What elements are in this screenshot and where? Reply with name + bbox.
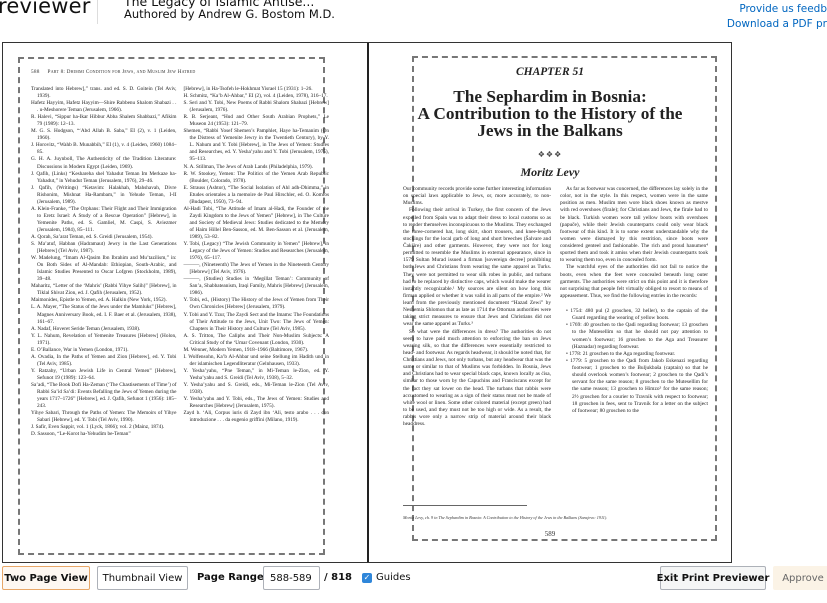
chapter-body: Our community records provide some furth… xyxy=(403,186,708,428)
chapter-title-line: Jews in the Balkans xyxy=(369,122,731,139)
bibliography-entry: W. Madelung, “Imam Al-Qasim Ibn Ibrahim … xyxy=(31,255,177,283)
bibliography-entry: Hafetz Hayyim, Hafetz Hayyim—Shire Rabbe… xyxy=(31,100,177,114)
body-paragraph: As far as footwear was concerned, the di… xyxy=(560,186,708,264)
ornament: ❖❖❖ xyxy=(369,150,731,159)
bibliography-entry: Y. Yesha’yahu and Y. Tobi, eds., The Jew… xyxy=(184,396,330,410)
bibliography-entry: ———, (Studies) Studies in ‘Megillat Tema… xyxy=(184,276,330,297)
bibliography-entry: Y. Ratzaby, “Urban Jewish Life in Centra… xyxy=(31,368,177,382)
bibliography-entry: S. Seri and Y. Tobi, New Poems of Rabbi … xyxy=(184,100,330,114)
bibliography-entry: E. O’Ballance, War in Yemen (London, 197… xyxy=(31,347,177,354)
header-divider xyxy=(97,0,98,24)
page-range-label: Page Range: xyxy=(197,572,268,583)
app-title: reviewer xyxy=(0,0,91,18)
bibliography-entry: [Hebrew], in Ha-Tsofeh le-Hokhmat Yisrae… xyxy=(184,86,330,93)
footnote-rule xyxy=(403,505,527,506)
bibliography-entry: J. Horovitz, “Wahb B. Munabbih,” EI (1),… xyxy=(31,142,177,156)
body-column-2: As far as footwear was concerned, the di… xyxy=(560,186,708,428)
approve-button[interactable]: Approve xyxy=(773,566,827,590)
source-note: Moritz Levy, ch. 9 in The Sephardim in B… xyxy=(403,515,607,520)
feedback-link[interactable]: Provide us feedb xyxy=(727,2,827,17)
bibliography-entry: R. B. Serjeant, “Hud and Other South Ara… xyxy=(184,114,330,128)
guides-label[interactable]: Guides xyxy=(376,572,411,583)
book-author: Authored by Andrew G. Bostom M.D. xyxy=(124,7,335,21)
page-number: 588 xyxy=(31,69,40,75)
bibliography-column-2: [Hebrew], in Ha-Tsofeh le-Hokhmat Yisrae… xyxy=(184,86,330,438)
bibliography-entry: A. S. Tritton, The Caliphs and Their Non… xyxy=(184,333,330,347)
bibliography-entry: Zayd b. ‘Ali, Corpus iuris di Zayd ibn ‘… xyxy=(184,410,330,424)
bibliography-entry: S. Ma’atuf, Habban (Hadramaut) Jewry in … xyxy=(31,241,177,255)
bibliography-entry: Translated into Hebrew],” trans. and ed.… xyxy=(31,86,177,100)
bibliography-entry: Sa’adi, “The Book Dofi Ha-Zeman (‘The Ch… xyxy=(31,382,177,410)
bibliography-entry: A. Nadaf, Hoveret Seride Teman (Jerusale… xyxy=(31,326,177,333)
record-entry: 1754: 480 pul (2 groschen, 32 heller), t… xyxy=(566,308,708,322)
bibliography-entry: Maharitz, “Letter of the ‘Mahris’ (Rabbi… xyxy=(31,283,177,297)
running-head: 588Part 8: Dhimmi Condition for Jews, an… xyxy=(31,69,196,75)
bottom-toolbar: Two Page View Thumbnail View Page Range:… xyxy=(0,566,827,592)
left-page: 588Part 8: Dhimmi Condition for Jews, an… xyxy=(3,43,367,562)
chapter-label: CHAPTER 51 xyxy=(369,66,731,78)
bibliography-entry: Y. Tobi, (Legacy) “The Jewish Community … xyxy=(184,241,330,262)
bibliography-entry: ———, (Nineteenth) The Jews of Yemen in t… xyxy=(184,262,330,276)
bibliography-entry: Yihye Sabari, Through the Paths of Yemen… xyxy=(31,410,177,424)
chapter-title-line: The Sephardim in Bosnia: xyxy=(369,88,731,105)
bibliography-entry: Y. L. Nahum, Revelation of Yemenite Trea… xyxy=(31,333,177,347)
header-links: Provide us feedb Download a PDF pr xyxy=(727,2,827,32)
chapter-title: The Sephardim in Bosnia: A Contribution … xyxy=(369,88,731,139)
body-paragraph: Following their arrival in Turkey, the f… xyxy=(403,207,551,328)
bibliography-entry: D. Sassoon, “Le-Korot ha-Yehudim be-Tema… xyxy=(31,431,177,438)
guides-checkbox[interactable]: ✓ xyxy=(362,573,372,583)
bibliography-column-1: Translated into Hebrew],” trans. and ed.… xyxy=(31,86,177,438)
page-range-input[interactable] xyxy=(263,566,320,590)
bibliography-entry: G. H. A. Juynboll, The Authenticity of t… xyxy=(31,156,177,170)
page-number: 589 xyxy=(369,530,731,538)
running-head-text: Part 8: Dhimmi Condition for Jews, and M… xyxy=(48,69,196,75)
bibliography-entry: Y. Tobi, ed., (History) The History of t… xyxy=(184,297,330,311)
bibliography-entry: R. Halevi, “Sippur ha-Ikar Hibbur Abba S… xyxy=(31,114,177,128)
bibliography-entry: J. Qafih, (Links) “Keshareha shel Yahadu… xyxy=(31,171,177,185)
bibliography-entry: Y. Yesha’yahu, “Pne Teman,” in Mi-Teman … xyxy=(184,368,330,382)
thumbnail-view-button[interactable]: Thumbnail View xyxy=(97,566,188,590)
bibliography-entry: M. Wenner, Modern Yemen, 1918–1966 (Balt… xyxy=(184,347,330,354)
header: reviewer The Legacy of Islamic Antise...… xyxy=(0,0,827,40)
body-column-1: Our community records provide some furth… xyxy=(403,186,551,428)
record-entry: 1779: 5 groschen to the Qadi from Jakob … xyxy=(566,358,708,415)
bibliography-entry: R. W. Stookey, Yemen: The Politics of th… xyxy=(184,171,330,185)
bibliography-entry: L. A. Mayer, “The Status of the Jews und… xyxy=(31,304,177,325)
bibliography-entry: Shemen, “Rabbi Yosef Shemen’s Pamphlet, … xyxy=(184,128,330,163)
page-viewer: 588Part 8: Dhimmi Condition for Jews, an… xyxy=(2,42,732,563)
bibliography-entry: Y. Yesha’yahu and S. Greidi, eds., Mi-Te… xyxy=(184,382,330,396)
chapter-author: Moritz Levy xyxy=(369,165,731,180)
bibliography-entry: E. Strauss (Ashtor), “The Social Isolati… xyxy=(184,185,330,206)
bibliography-entry: Al-Hadi Tobi, “The Attitude of Imam al-H… xyxy=(184,206,330,241)
body-paragraph: So what were the differences in dress? T… xyxy=(403,329,551,429)
body-paragraph: Our community records provide some furth… xyxy=(403,186,551,207)
bibliography-entry: M. G. S. Hodgson, “‘Abd Allah B. Saba,” … xyxy=(31,128,177,142)
bibliography-entry: Y. Tobi and Y. Tzur, The Zaydi Sect and … xyxy=(184,312,330,333)
chapter-title-line: A Contribution to the History of the xyxy=(369,105,731,122)
page-total: / 818 xyxy=(324,572,352,583)
bibliography-entry: A. Ovadia, In the Paths of Yemen and Zio… xyxy=(31,354,177,368)
right-page: CHAPTER 51 The Sephardim in Bosnia: A Co… xyxy=(369,43,731,562)
bibliography-entry: J. Qafih, (Writings) “Ketavim: Halakhah,… xyxy=(31,185,177,206)
record-entry: 1778: 21 groschen to the Aga regarding f… xyxy=(566,351,708,358)
record-entries-list: 1754: 480 pul (2 groschen, 32 heller), t… xyxy=(560,308,708,415)
download-pdf-link[interactable]: Download a PDF pr xyxy=(727,17,827,32)
bibliography-entry: I. Wolfensohn, Ka’b Al-Ahbar und seine S… xyxy=(184,354,330,368)
checkmark-icon: ✓ xyxy=(364,573,371,582)
two-page-view-button[interactable]: Two Page View xyxy=(2,566,90,590)
body-paragraph: The watchful eyes of the authorities did… xyxy=(560,264,708,300)
bibliography-entry: A. Klein-Franke, “The Orphans: Their Fli… xyxy=(31,206,177,234)
bibliography-entry: A. Qorah, Sa’arat Teman, ed. S. Greidi (… xyxy=(31,234,177,241)
exit-print-previewer-button[interactable]: Exit Print Previewer xyxy=(660,566,766,590)
record-entry: 1769: 40 groschen to the Qadi regarding … xyxy=(566,322,708,351)
bibliography-entry: N. A. Stillman, The Jews of Arab Lands (… xyxy=(184,164,330,171)
bibliography: Translated into Hebrew],” trans. and ed.… xyxy=(31,86,329,438)
